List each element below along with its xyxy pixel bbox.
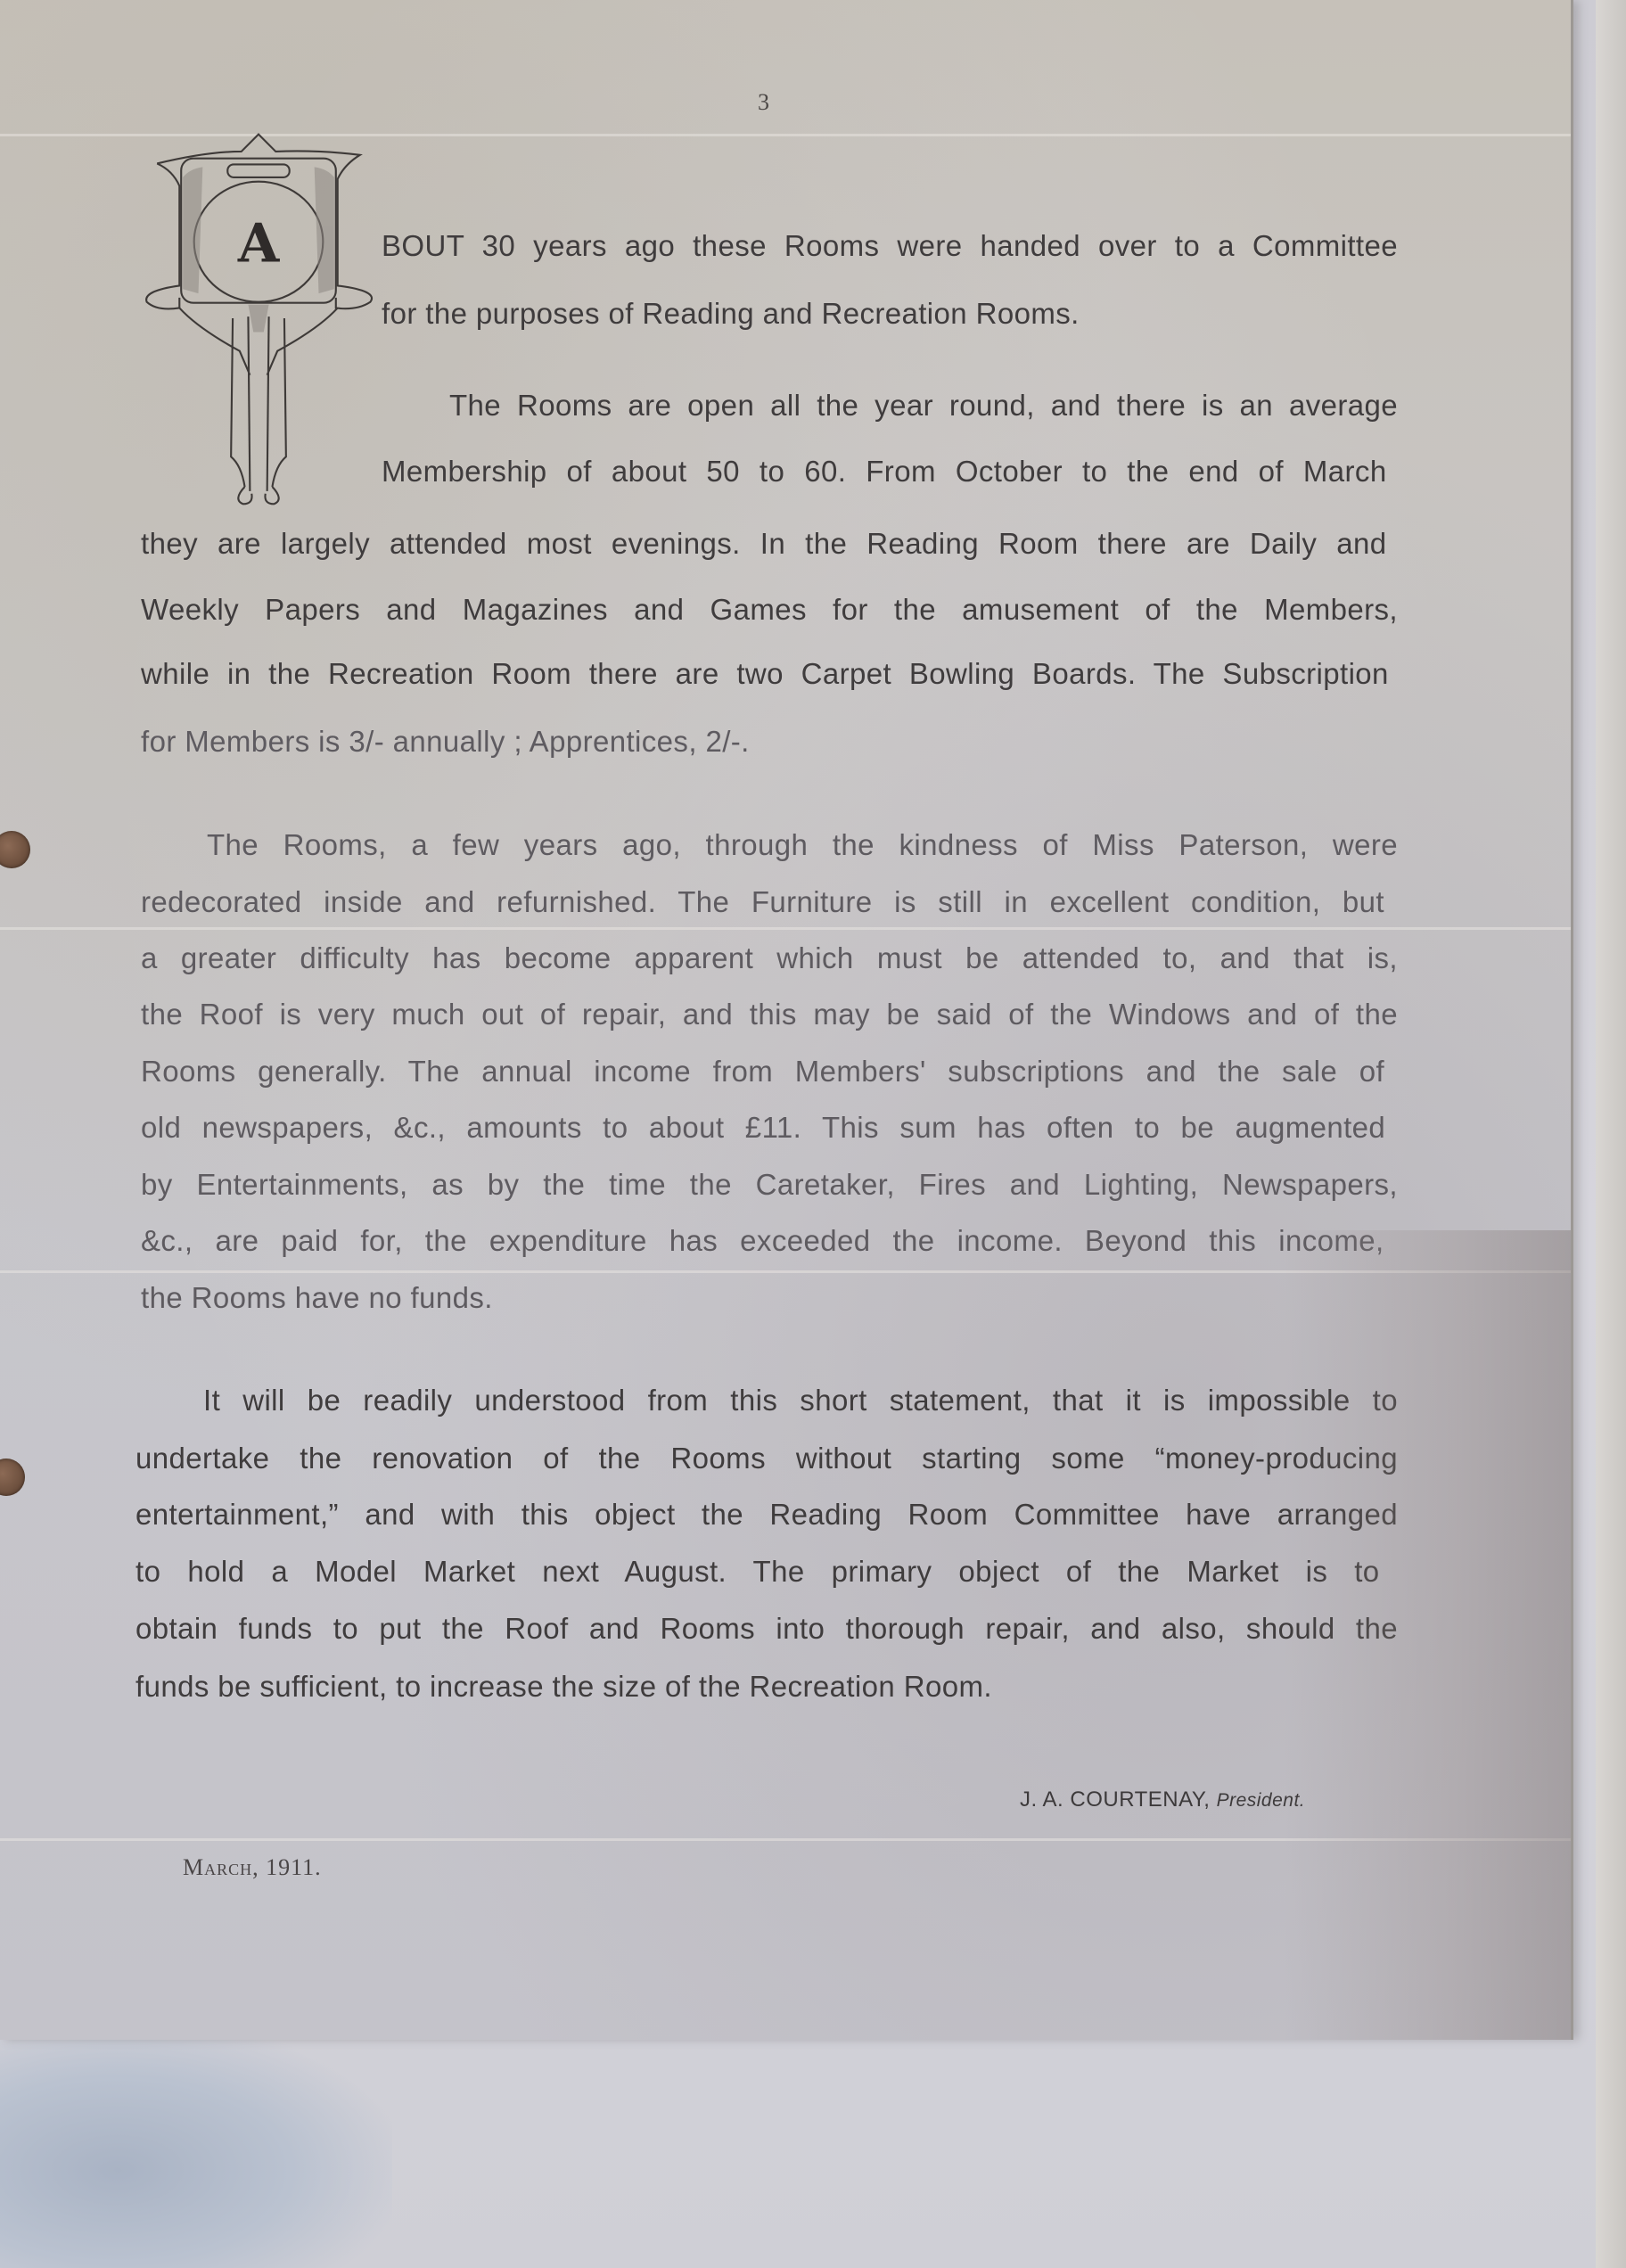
paper-fold bbox=[0, 927, 1571, 930]
punch-hole bbox=[0, 831, 30, 868]
paragraph-3-line-9: the Rooms have no funds. bbox=[141, 1281, 493, 1315]
background-shadow bbox=[0, 2024, 392, 2268]
paragraph-3-line-2: redecorated inside and refurnished. The … bbox=[141, 885, 1384, 919]
punch-hole bbox=[0, 1459, 25, 1496]
paper-fold bbox=[0, 1838, 1571, 1841]
page-number: 3 bbox=[758, 89, 769, 116]
document-date: March, 1911. bbox=[183, 1854, 322, 1881]
paragraph-3-line-5: Rooms generally. The annual income from … bbox=[141, 1055, 1384, 1089]
paragraph-2-line-6: for Members is 3/- annually ; Apprentice… bbox=[141, 725, 750, 759]
paragraph-4-line-4: to hold a Model Market next August. The … bbox=[135, 1555, 1380, 1589]
drop-cap-letter: A bbox=[237, 212, 281, 275]
paragraph-3-line-3: a greater difficulty has become apparent… bbox=[141, 941, 1398, 975]
signatory-name: J. A. COURTENAY, bbox=[1020, 1787, 1210, 1812]
document-page: 3 A BOUT 30 years ago these Rooms were h… bbox=[0, 0, 1573, 2040]
paragraph-2-line-3: they are largely attended most evenings.… bbox=[141, 527, 1387, 561]
paragraph-2-line-1: The Rooms are open all the year round, a… bbox=[449, 389, 1398, 423]
paragraph-4-line-5: obtain funds to put the Roof and Rooms i… bbox=[135, 1612, 1398, 1646]
ornamental-initial-icon: A bbox=[138, 123, 379, 515]
paragraph-2-line-5: while in the Recreation Room there are t… bbox=[141, 657, 1389, 691]
paragraph-4-line-2: undertake the renovation of the Rooms wi… bbox=[135, 1442, 1398, 1475]
signature: J. A. COURTENAY, President. bbox=[1020, 1787, 1305, 1812]
background-edge bbox=[1596, 0, 1626, 2268]
paragraph-4-line-1: It will be readily understood from this … bbox=[203, 1384, 1398, 1417]
paragraph-4-line-6: funds be sufficient, to increase the siz… bbox=[135, 1670, 992, 1704]
paragraph-3-line-4: the Roof is very much out of repair, and… bbox=[141, 998, 1398, 1031]
signatory-title: President. bbox=[1217, 1790, 1306, 1811]
paragraph-1-line-1: BOUT 30 years ago these Rooms were hande… bbox=[382, 229, 1398, 263]
paragraph-1-line-2: for the purposes of Reading and Recreati… bbox=[382, 297, 1080, 331]
paragraph-4-line-3: entertainment,” and with this object the… bbox=[135, 1498, 1398, 1532]
paragraph-2-line-4: Weekly Papers and Magazines and Games fo… bbox=[141, 593, 1398, 627]
paragraph-3-line-1: The Rooms, a few years ago, through the … bbox=[207, 828, 1398, 862]
paragraph-3-line-7: by Entertainments, as by the time the Ca… bbox=[141, 1168, 1398, 1202]
paper-fold bbox=[0, 1270, 1571, 1273]
paragraph-3-line-6: old newspapers, &c., amounts to about £1… bbox=[141, 1111, 1385, 1145]
paragraph-3-line-8: &c., are paid for, the expenditure has e… bbox=[141, 1224, 1384, 1258]
paragraph-2-line-2: Membership of about 50 to 60. From Octob… bbox=[382, 455, 1387, 489]
